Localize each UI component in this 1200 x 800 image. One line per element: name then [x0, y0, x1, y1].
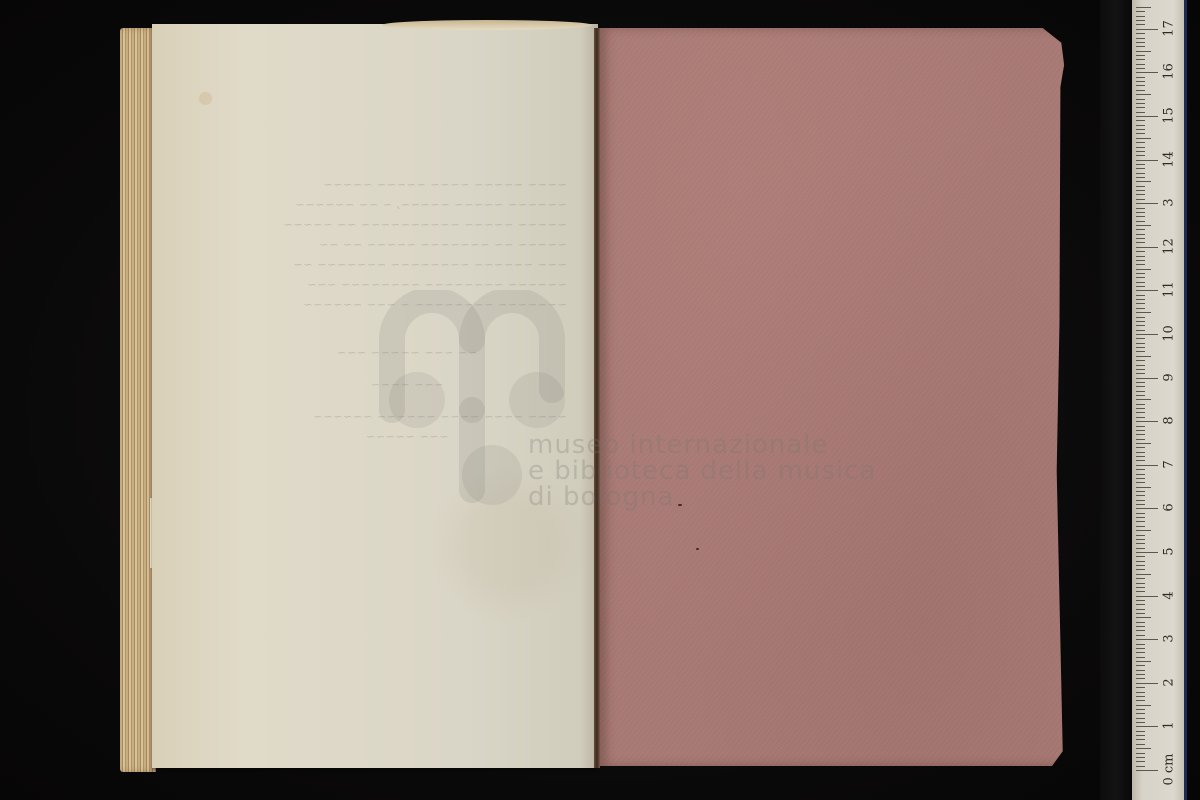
ruler-tick	[1136, 129, 1145, 130]
ruler-tick	[1136, 256, 1145, 257]
ruler-label: 7	[1162, 451, 1177, 477]
ruler-tick	[1136, 138, 1151, 139]
ruler-label: 15	[1162, 103, 1177, 129]
ruler-tick	[1136, 600, 1145, 601]
ruler-tick	[1136, 221, 1145, 222]
ruler-label: 4	[1162, 582, 1177, 608]
ruler-tick	[1136, 696, 1145, 697]
bleed-line: ~~ ~~~ ~~~~~ ~~~	[247, 342, 567, 362]
ruler-tick	[1136, 282, 1145, 283]
ruler-tick	[1136, 465, 1158, 466]
ruler-tick	[1136, 609, 1145, 610]
ruler-tick	[1136, 299, 1145, 300]
ruler-tick	[1136, 212, 1145, 213]
ruler-tick	[1136, 687, 1145, 688]
watermark-line: di bologna	[528, 484, 876, 510]
ruler-tick	[1136, 308, 1145, 309]
ruler-tick	[1136, 46, 1145, 47]
ruler-tick	[1136, 513, 1145, 514]
ruler-tick	[1136, 199, 1145, 200]
ruler-tick	[1136, 517, 1145, 518]
page-top-curl	[382, 20, 592, 30]
ruler-tick	[1136, 491, 1145, 492]
ruler-label: 3	[1162, 190, 1177, 216]
ruler-tick	[1136, 360, 1145, 361]
watermark-text: museo internazionale e biblioteca della …	[528, 432, 876, 510]
ruler-tick	[1136, 103, 1145, 104]
ruler-tick	[1136, 447, 1145, 448]
ruler-tick	[1136, 264, 1145, 265]
left-page: ~~~~ ~~~~~ ~~~~ ~~~~~ ~~~~~ ~~~~~~ ~~~~~…	[152, 24, 598, 768]
ruler-tick	[1136, 439, 1145, 440]
ruler-tick	[1136, 7, 1151, 8]
ruler-tick	[1136, 208, 1145, 209]
ruler-tick	[1136, 587, 1145, 588]
ruler-tick	[1136, 561, 1145, 562]
ruler-tick	[1136, 203, 1158, 204]
ruler-tick	[1136, 735, 1145, 736]
ruler-tick	[1136, 234, 1145, 235]
rose-paper-cover	[600, 28, 1066, 766]
ruler-label: 9	[1162, 364, 1177, 390]
ruler-tick	[1136, 469, 1145, 470]
ruler-tick	[1136, 739, 1145, 740]
bleed-line: ~~~~ ~~~~ ~~~~ ~~~~~~ ~~~~~~	[247, 406, 567, 426]
ruler-tick	[1136, 574, 1151, 575]
ruler-tick	[1136, 652, 1145, 653]
ruler-tick	[1136, 286, 1145, 287]
ruler-tick	[1136, 321, 1145, 322]
ruler-tick	[1136, 142, 1145, 143]
ruler-tick	[1136, 194, 1145, 195]
bleed-line: ~~~ ~~~~~~ ~~~~~~~~ ~~~~~~~ ~~	[247, 254, 567, 274]
ruler-tick	[1136, 487, 1151, 488]
ruler-tick	[1136, 325, 1145, 326]
ruler-tick	[1136, 583, 1145, 584]
ruler-tick	[1136, 460, 1145, 461]
ruler-tick	[1136, 55, 1145, 56]
watermark-line: museo internazionale	[528, 432, 876, 458]
ruler-tick	[1136, 770, 1158, 771]
ruler-tick	[1136, 535, 1145, 536]
ruler-tick	[1136, 578, 1145, 579]
ruler-tick	[1136, 260, 1145, 261]
ruler-tick	[1136, 229, 1145, 230]
ruler-tick	[1136, 295, 1145, 296]
ruler-tick	[1136, 186, 1145, 187]
ruler-tick	[1136, 626, 1145, 627]
ruler-tick	[1136, 613, 1145, 614]
ruler-tick	[1136, 700, 1145, 701]
ruler-tick	[1136, 125, 1145, 126]
ruler-tick	[1136, 317, 1145, 318]
ruler-tick	[1136, 709, 1145, 710]
ruler-tick	[1136, 722, 1145, 723]
ruler-tick	[1136, 338, 1145, 339]
watermark-line: e biblioteca della musica	[528, 458, 876, 484]
bleed-line: ~~~~~~ ~~~~~~~~ ~~~~~~~~ ~~~	[247, 274, 567, 294]
bleed-line: ~~~ ~~~~	[247, 374, 567, 394]
ruler-tick	[1136, 456, 1145, 457]
ruler-tick	[1136, 107, 1145, 108]
ruler-tick	[1136, 38, 1145, 39]
ruler-tick	[1136, 94, 1151, 95]
ruler-tick	[1136, 434, 1145, 435]
ruler-tick	[1136, 386, 1145, 387]
ruler-tick	[1136, 748, 1151, 749]
ruler-tick	[1136, 622, 1145, 623]
bleed-line: ~~~~~ ~~~~~ ~~~~~~~~~~ ~~ ~~~~~	[247, 214, 567, 234]
ruler-tick	[1136, 556, 1145, 557]
ruler-tick	[1136, 443, 1151, 444]
ruler-tick	[1136, 151, 1145, 152]
ruler-tick	[1136, 190, 1145, 191]
ruler-tick	[1136, 478, 1145, 479]
ruler-tick	[1136, 382, 1145, 383]
ruler-tick	[1136, 417, 1145, 418]
ruler-tick	[1136, 133, 1145, 134]
ruler-tick	[1136, 661, 1151, 662]
ruler-tick	[1136, 81, 1145, 82]
ruler-label: 8	[1162, 408, 1177, 434]
ruler-tick	[1136, 495, 1145, 496]
ruler-tick	[1136, 42, 1145, 43]
ruler-tick	[1136, 539, 1145, 540]
ruler-tick	[1136, 273, 1145, 274]
ruler-tick	[1136, 277, 1145, 278]
black-mat-edge	[1100, 0, 1130, 800]
ruler-tick	[1136, 674, 1145, 675]
ruler-tick	[1136, 378, 1158, 379]
ruler-tick	[1136, 644, 1145, 645]
ruler-tick	[1136, 591, 1145, 592]
page-edges	[120, 28, 156, 772]
ruler-tick	[1136, 238, 1145, 239]
ruler-tick	[1136, 757, 1145, 758]
ruler-tick	[1136, 312, 1151, 313]
ruler-tick	[1136, 404, 1145, 405]
ruler-tick	[1136, 242, 1145, 243]
ruler-tick	[1136, 116, 1158, 117]
ruler-tick	[1136, 85, 1145, 86]
ruler-tick	[1136, 617, 1151, 618]
ruler-tick	[1136, 330, 1145, 331]
bleed-line: ~~~ ~~~~~	[247, 426, 567, 446]
ruler-tick	[1136, 155, 1145, 156]
bleed-line: ~~~~~ ~~ ~~~~~~~ ~~~~~ ~~ ~~	[247, 234, 567, 254]
ruler-tick	[1136, 365, 1145, 366]
ruler-tick	[1136, 120, 1145, 121]
ruler-tick	[1136, 430, 1145, 431]
ruler-tick	[1136, 635, 1145, 636]
ruler-tick	[1136, 426, 1145, 427]
ruler-tick	[1136, 452, 1145, 453]
ruler-tick	[1136, 639, 1158, 640]
ruler-tick	[1136, 216, 1145, 217]
ruler-tick	[1136, 766, 1145, 767]
ruler-tick	[1136, 395, 1145, 396]
ruler-tick	[1136, 24, 1145, 25]
book-gutter	[594, 28, 600, 768]
ruler-tick	[1136, 648, 1145, 649]
ruler-tick	[1136, 147, 1145, 148]
ruler-label: 11	[1162, 277, 1177, 303]
ruler-label: 12	[1162, 233, 1177, 259]
paper-speck	[696, 548, 699, 550]
ruler-tick	[1136, 713, 1145, 714]
ruler-tick	[1136, 373, 1145, 374]
ruler-tick	[1136, 290, 1158, 291]
ruler-tick	[1136, 90, 1145, 91]
ruler-tick	[1136, 521, 1145, 522]
ruler-tick	[1136, 399, 1151, 400]
ruler-tick	[1136, 565, 1145, 566]
ruler-tick	[1136, 692, 1145, 693]
ruler-tick	[1136, 160, 1158, 161]
ruler-tick	[1136, 173, 1145, 174]
ruler-tick	[1136, 59, 1145, 60]
ruler-tick	[1136, 596, 1158, 597]
bleed-line: ~~~~~~~ ~~~~~~~~ ~ ~~~ ~~~~~~	[247, 294, 567, 314]
ruler-label: 16	[1162, 59, 1177, 85]
ruler-label: 5	[1162, 539, 1177, 565]
ruler-tick	[1136, 168, 1145, 169]
ruler-tick	[1136, 482, 1145, 483]
ruler-tick	[1136, 421, 1158, 422]
ruler-tick	[1136, 670, 1145, 671]
ruler-tick	[1136, 356, 1151, 357]
ruler-tick	[1136, 225, 1151, 226]
ruler-tick	[1136, 112, 1145, 113]
ruler-tick	[1136, 164, 1145, 165]
ruler-tick	[1136, 569, 1145, 570]
ruler-tick	[1136, 731, 1145, 732]
ruler-tick	[1136, 753, 1145, 754]
ruler-tick	[1136, 177, 1145, 178]
ruler-tick	[1136, 744, 1145, 745]
ruler-tick	[1136, 683, 1158, 684]
ruler-tick	[1136, 247, 1158, 248]
ruler-tick	[1136, 543, 1145, 544]
ruler-label: 0 cm	[1162, 750, 1177, 790]
ruler-tick	[1136, 678, 1145, 679]
ruler-tick	[1136, 16, 1145, 17]
ruler-tick	[1136, 20, 1145, 21]
ruler-tick	[1136, 72, 1158, 73]
ruler-tick	[1136, 657, 1145, 658]
ruler-tick	[1136, 408, 1145, 409]
ruler-tick	[1136, 29, 1158, 30]
ruler-label: 1	[1162, 713, 1177, 739]
ruler-tick	[1136, 33, 1145, 34]
ruler-tick	[1136, 269, 1151, 270]
ruler-label: 6	[1162, 495, 1177, 521]
ruler-tick	[1136, 761, 1145, 762]
ruler-label: 3	[1162, 626, 1177, 652]
ruler-tick	[1136, 604, 1145, 605]
bleed-line: ~~~~~~ ~~~~~ ~~~~~, ~ ~~ ~~~~~~	[247, 194, 567, 214]
ruler-tick	[1136, 343, 1145, 344]
bleed-through-text: ~~~~ ~~~~~ ~~~~ ~~~~~ ~~~~~ ~~~~~~ ~~~~~…	[247, 174, 567, 446]
ruler-tick	[1136, 347, 1145, 348]
ruler-tick	[1136, 474, 1145, 475]
ruler-tick	[1136, 99, 1145, 100]
ruler-tick	[1136, 251, 1145, 252]
ruler-label: 17	[1162, 15, 1177, 41]
ruler-label: 2	[1162, 669, 1177, 695]
ruler-tick	[1136, 369, 1145, 370]
ruler-tick	[1136, 718, 1145, 719]
ruler-tick	[1136, 526, 1145, 527]
ruler-tick	[1136, 351, 1145, 352]
ruler-tick	[1136, 508, 1158, 509]
ruler-label: 14	[1162, 146, 1177, 172]
ruler-tick	[1136, 64, 1145, 65]
ruler-tick	[1136, 51, 1151, 52]
bleed-line: ~~~~ ~~~~~ ~~~~ ~~~~~ ~~~~~	[247, 174, 567, 194]
ruler-tick	[1136, 181, 1151, 182]
ruler-tick	[1136, 77, 1145, 78]
ruler-tick	[1136, 334, 1158, 335]
ruler-tick	[1136, 500, 1145, 501]
ruler-tick	[1136, 552, 1158, 553]
ruler-tick	[1136, 391, 1145, 392]
ruler-tick	[1136, 726, 1158, 727]
ruler-tick	[1136, 705, 1151, 706]
ruler-tick	[1136, 11, 1145, 12]
ruler-tick	[1136, 504, 1145, 505]
ruler-tick	[1136, 303, 1145, 304]
ruler-label: 10	[1162, 321, 1177, 347]
ruler-tick	[1136, 548, 1145, 549]
ruler-tick	[1136, 665, 1145, 666]
ruler-tick	[1136, 530, 1151, 531]
measuring-ruler: 0 cm123456789101112314151617	[1132, 0, 1187, 800]
ruler-tick	[1136, 630, 1145, 631]
ruler-tick	[1136, 68, 1145, 69]
ruler-tick	[1136, 412, 1145, 413]
